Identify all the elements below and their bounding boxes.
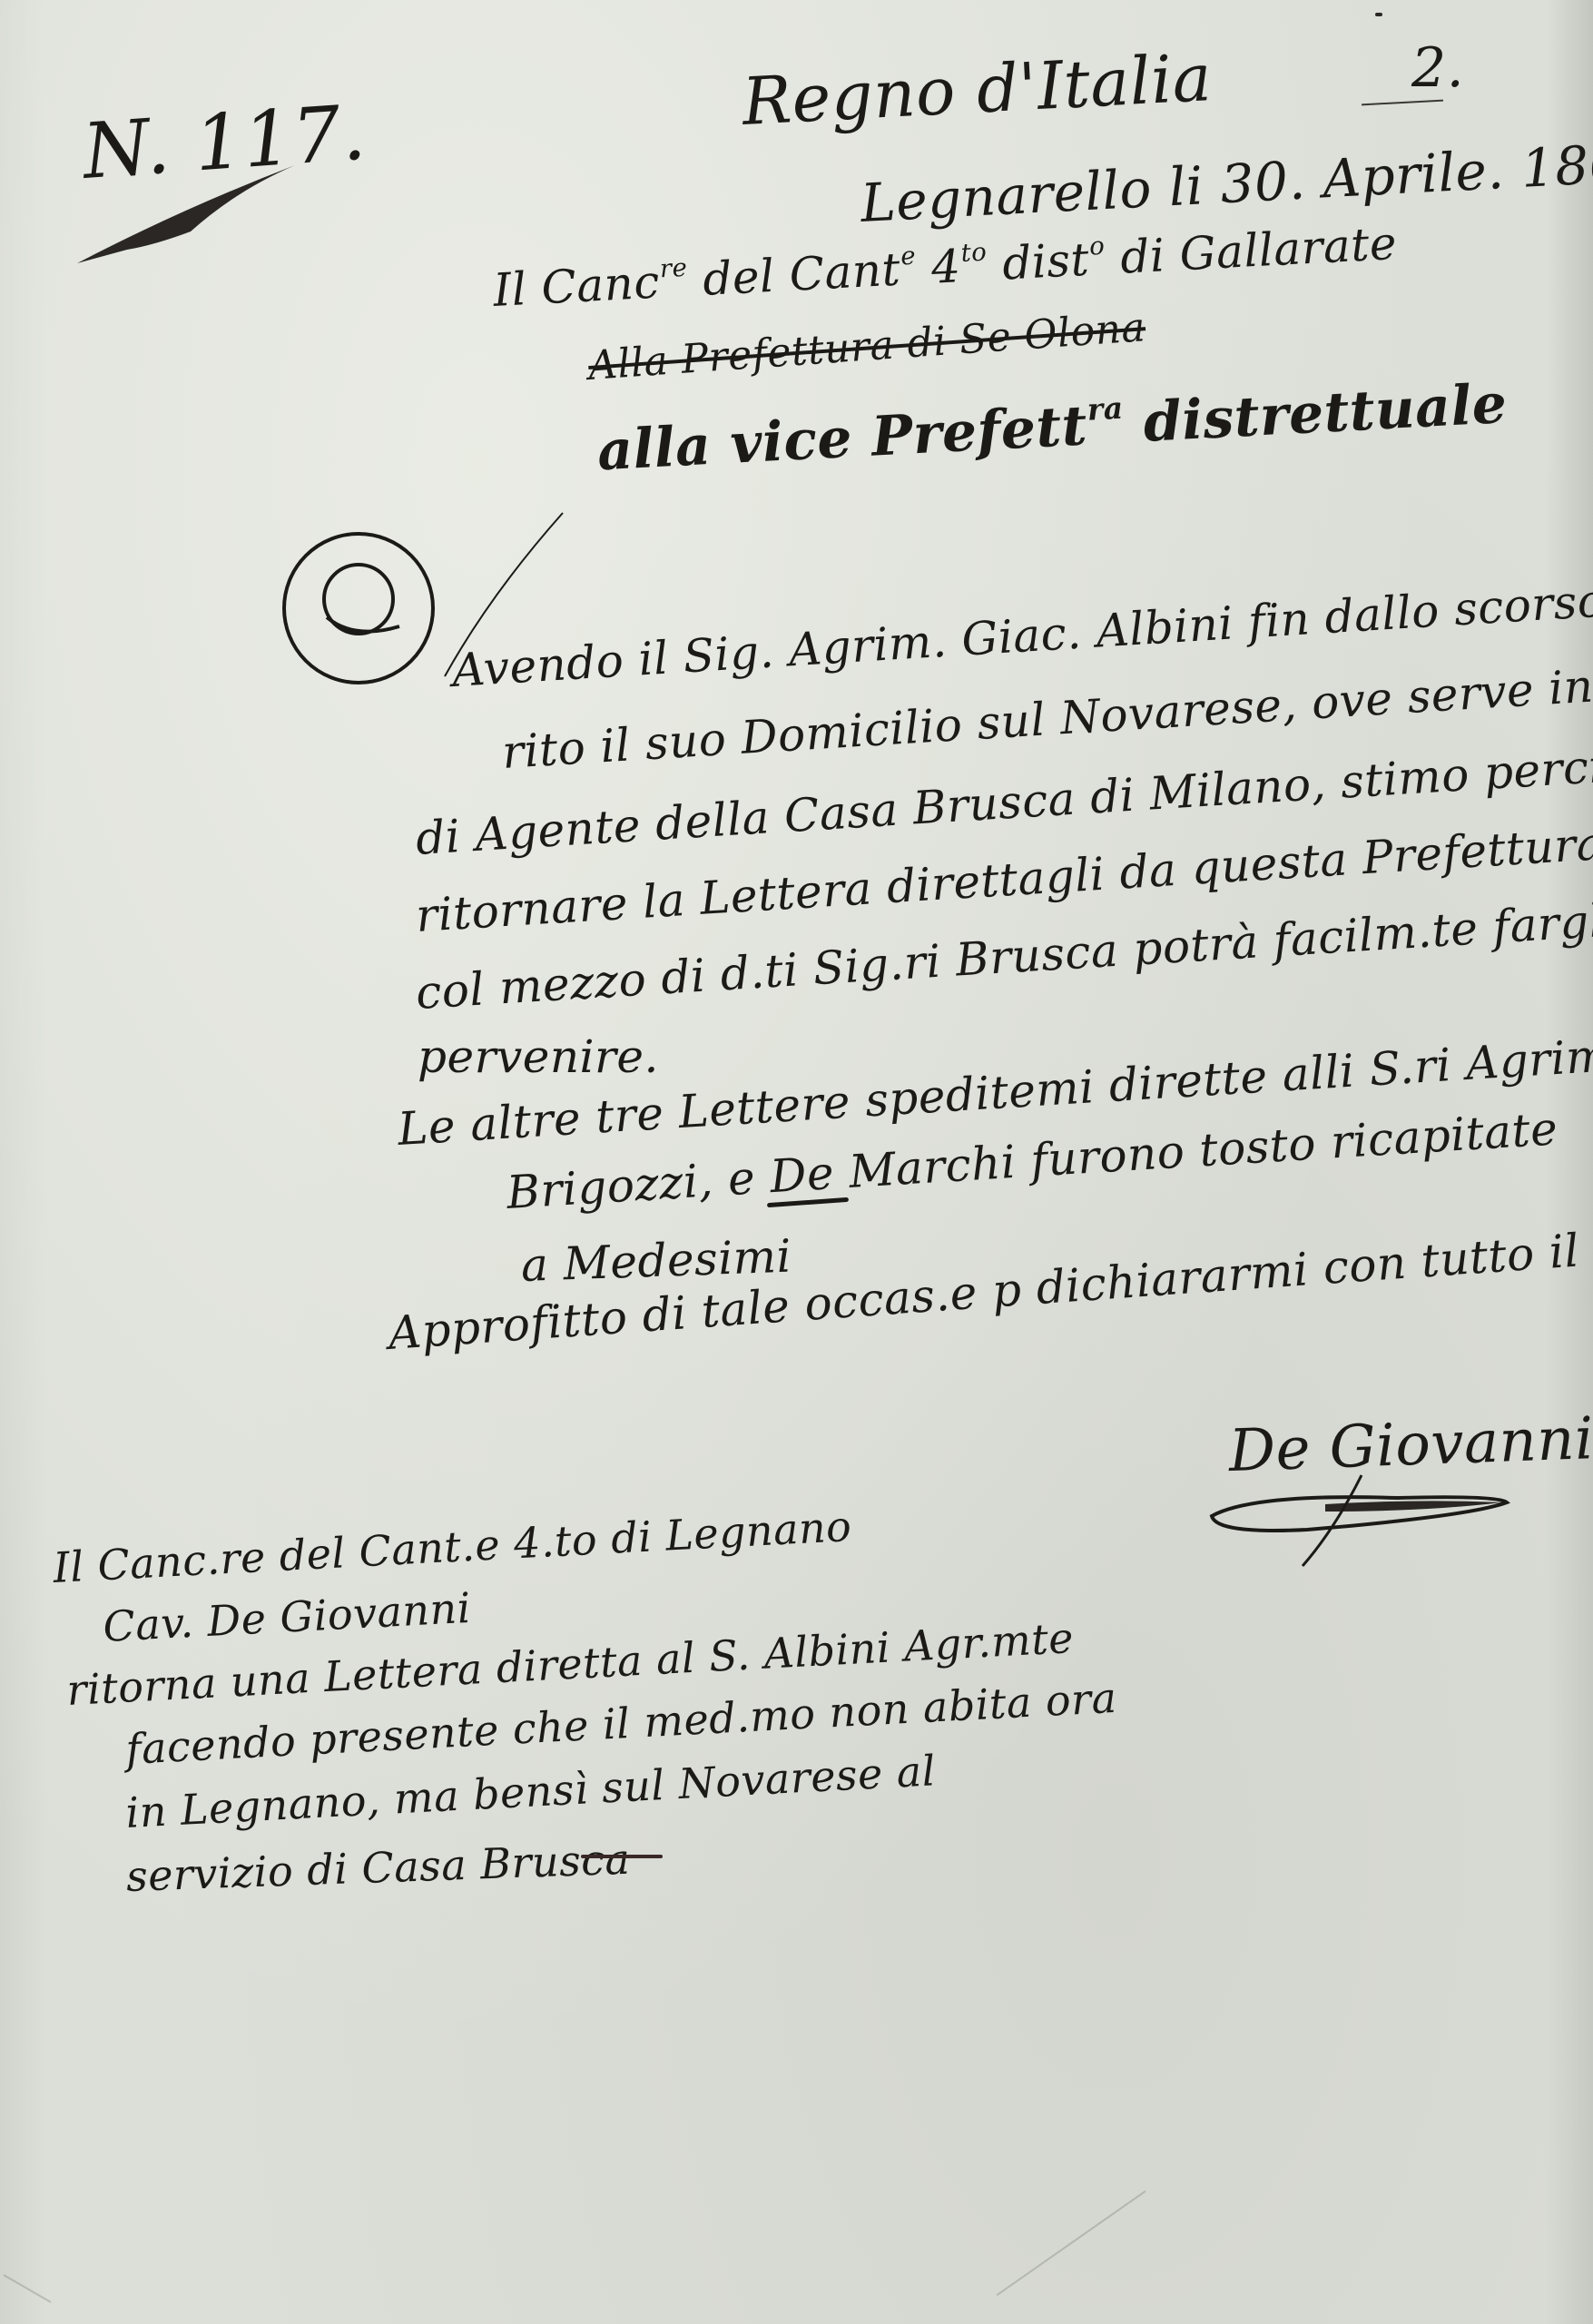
sup: re	[659, 253, 688, 284]
sup: e	[900, 241, 916, 271]
body-initial: A	[450, 643, 485, 697]
summary-line-2: Cav. De Giovanni	[102, 1583, 472, 1651]
date-text: li 30. Aprile. 1807.	[1167, 130, 1593, 218]
sender-title: Il Canc	[492, 255, 661, 317]
signature-name: De Giovanni	[1227, 1405, 1593, 1485]
summary-line-1: Il Canc.re del Cant.e 4.to di Legnano	[52, 1502, 852, 1592]
page-mark-underline	[1362, 100, 1443, 106]
district-label: dist	[986, 233, 1090, 291]
sender-line: Il Cancre del Cante 4to disto di Gallara…	[492, 216, 1398, 317]
recipient-line: alla vice Prefettra distrettuale	[595, 370, 1509, 484]
signature: De Giovanni C.re	[1227, 1400, 1593, 1486]
top-ink-specks	[1375, 13, 1382, 16]
place-date: Legnarello li 30. Aprile. 1807.	[859, 130, 1593, 234]
sup: to	[960, 238, 988, 268]
struck-recipient: Alla Prefettura di Se Olona	[586, 304, 1146, 389]
place-name: Legnarello	[859, 157, 1153, 234]
canton-number: 4	[915, 240, 962, 294]
paper-fold-mark	[4, 2274, 52, 2303]
file-number-flourish-icon	[73, 154, 327, 272]
recipient-suffix: distrettuale	[1123, 372, 1509, 456]
recipient-title: alla vice Prefett	[595, 394, 1088, 483]
paper-fold-mark	[997, 2191, 1146, 2296]
document-title: Regno d'Italia	[741, 39, 1214, 140]
summary-line-6-tail	[581, 1855, 663, 1858]
page-mark: 2.	[1411, 36, 1464, 100]
sender-place: di Gallarate	[1104, 217, 1398, 285]
sup: ra	[1087, 390, 1125, 428]
body-line-6: pervenire.	[418, 1030, 659, 1083]
sender-canton: del Cant	[687, 243, 902, 307]
signature-paraph-icon	[1198, 1475, 1543, 1575]
summary-line-6: servizio di Casa Brusca	[125, 1835, 631, 1901]
letter-page: N. 117. 2. Regno d'Italia Legnarello li …	[0, 0, 1593, 2324]
